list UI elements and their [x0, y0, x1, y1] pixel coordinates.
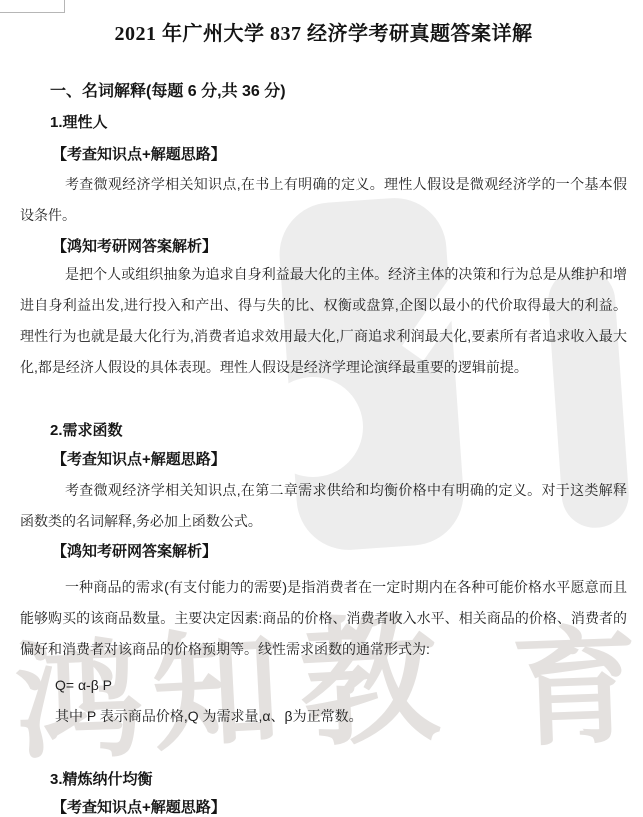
knowledge-text-1: 考查微观经济学相关知识点,在书上有明确的定义。理性人假设是微观经济学的一个基本假… — [20, 169, 627, 231]
formula-note: 其中 P 表示商品价格,Q 为需求量,α、β为正常数。 — [55, 702, 627, 730]
answer-label-2: 【鸿知考研网答案解析】 — [52, 543, 627, 560]
document-content: 2021 年广州大学 837 经济学考研真题答案详解 一、名词解释(每题 6 分… — [0, 21, 643, 816]
answer-label-1: 【鸿知考研网答案解析】 — [52, 238, 627, 255]
answer-text-1: 是把个人或组织抽象为追求自身利益最大化的主体。经济主体的决策和行为总是从维护和增… — [20, 259, 627, 383]
term-heading-1: 1.理性人 — [50, 114, 627, 131]
knowledge-label-1: 【考查知识点+解题思路】 — [52, 146, 627, 163]
term-heading-3: 3.精炼纳什均衡 — [50, 771, 627, 788]
knowledge-label-3: 【考查知识点+解题思路】 — [52, 799, 627, 816]
demand-function-formula: Q= α-β P — [55, 671, 627, 699]
term-heading-2: 2.需求函数 — [50, 422, 627, 439]
knowledge-text-2: 考查微观经济学相关知识点,在第二章需求供给和均衡价格中有明确的定义。对于这类解释… — [20, 475, 627, 537]
document-page: 鸿 知 教 育 2021 年广州大学 837 经济学考研真题答案详解 一、名词解… — [0, 0, 643, 817]
page-corner-mark — [0, 0, 65, 13]
section-heading: 一、名词解释(每题 6 分,共 36 分) — [50, 83, 627, 101]
knowledge-label-2: 【考查知识点+解题思路】 — [52, 451, 627, 468]
answer-text-2: 一种商品的需求(有支付能力的需要)是指消费者在一定时期内在各种可能价格水平愿意而… — [20, 572, 627, 665]
document-title: 2021 年广州大学 837 经济学考研真题答案详解 — [20, 21, 627, 47]
